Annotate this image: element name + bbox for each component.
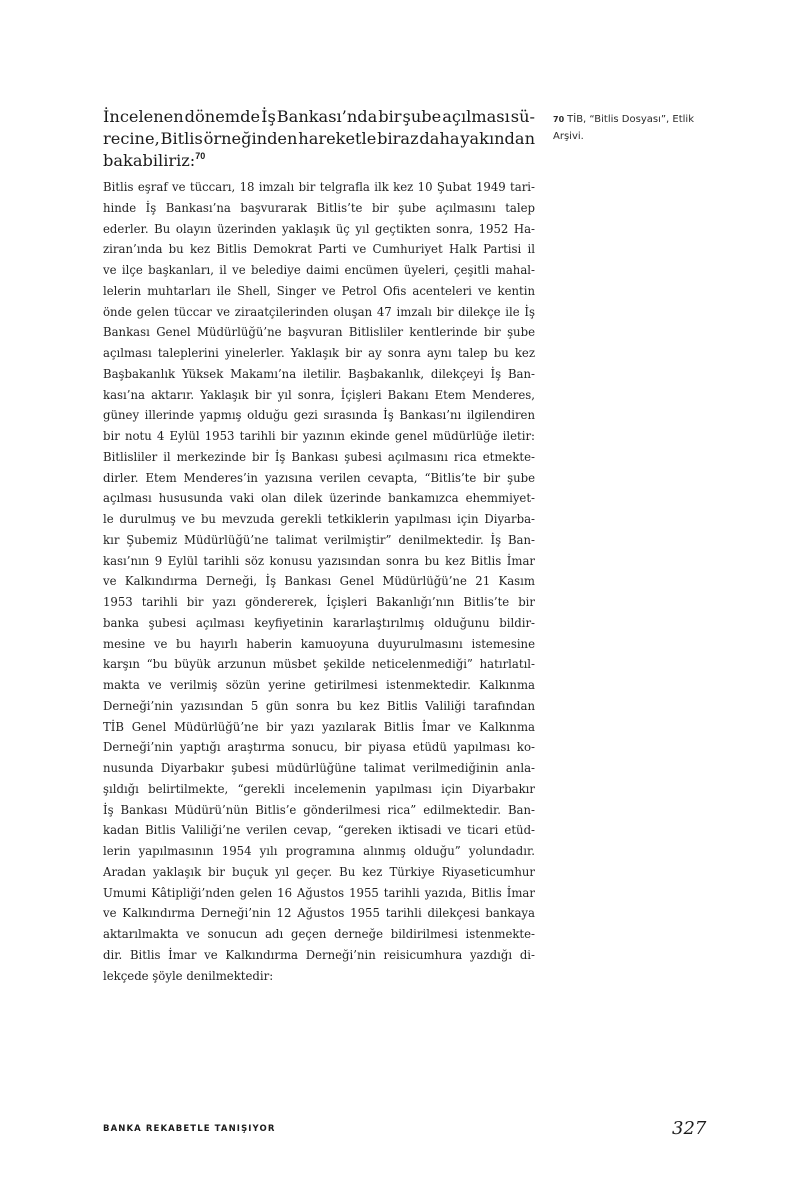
- sidenote-number: 70: [553, 115, 564, 124]
- body-line: ve Kalkındırma Derneği’nin 12 Ağustos 19…: [103, 903, 535, 924]
- body-line: karşın “bu büyük arzunun müsbet şekilde …: [103, 654, 535, 675]
- body-line: aktarılmakta ve sonucun adı geçen derneğ…: [103, 924, 535, 945]
- body-line: güney illerinde yapmış olduğu gezi sıras…: [103, 405, 535, 426]
- body-line: dir. Bitlis İmar ve Kalkındırma Derneği’…: [103, 945, 535, 966]
- body-line: önde gelen tüccar ve ziraatçilerinden ol…: [103, 302, 535, 323]
- body-line: hinde İş Bankası’na başvurarak Bitlis’te…: [103, 198, 535, 219]
- intro-line-text: bakabiliriz:: [103, 151, 195, 170]
- body-line: Bitlisliler il merkezinde bir İş Bankası…: [103, 447, 535, 468]
- body-line: dirler. Etem Menderes’in yazısına verile…: [103, 468, 535, 489]
- intro-line: recine, Bitlis örneğinden hareketle bira…: [103, 128, 535, 150]
- body-line: kası’nın 9 Eylül tarihli söz konusu yazı…: [103, 551, 535, 572]
- body-line: lelerin muhtarları ile Shell, Singer ve …: [103, 281, 535, 302]
- page-number: 327: [672, 1118, 706, 1139]
- body-line: Umumi Kâtipliği’nden gelen 16 Ağustos 19…: [103, 883, 535, 904]
- body-line: Bitlis eşraf ve tüccarı, 18 imzalı bir t…: [103, 177, 535, 198]
- body-line: ve ilçe başkanları, il ve belediye daimi…: [103, 260, 535, 281]
- intro-paragraph: İncelenen dönemde İş Bankası’nda bir şub…: [103, 106, 535, 172]
- body-line: şıldığı belirtilmekte, “gerekli inceleme…: [103, 779, 535, 800]
- body-line: açılması taleplerini yinelerler. Yaklaşı…: [103, 343, 535, 364]
- body-line: kır Şubemiz Müdürlüğü’ne talimat verilmi…: [103, 530, 535, 551]
- body-line: ve Kalkındırma Derneği, İş Bankası Genel…: [103, 571, 535, 592]
- body-line: lerin yapılmasının 1954 yılı programına …: [103, 841, 535, 862]
- body-line: makta ve verilmiş sözün yerine getirilme…: [103, 675, 535, 696]
- sidenote-text: TİB, “Bitlis Dosyası”, Etlik Arşivi.: [553, 114, 694, 142]
- body-line: Başbakanlık Yüksek Makamı’na iletilir. B…: [103, 364, 535, 385]
- body-line: mesine ve bu hayırlı haberin kamuoyuna d…: [103, 634, 535, 655]
- body-line: Aradan yaklaşık bir buçuk yıl geçer. Bu …: [103, 862, 535, 883]
- body-line: TİB Genel Müdürlüğü’ne bir yazı yazılara…: [103, 717, 535, 738]
- body-line: banka şubesi açılması keyfiyetinin karar…: [103, 613, 535, 634]
- body-line: 1953 tarihli bir yazı göndererek, İçişle…: [103, 592, 535, 613]
- body-line: Derneği’nin yazısından 5 gün sonra bu ke…: [103, 696, 535, 717]
- footnote-reference[interactable]: 70: [195, 151, 205, 161]
- running-title: BANKA REKABETLE TANIŞIYOR: [103, 1124, 275, 1134]
- body-line: İş Bankası Müdürü’nün Bitlis’e gönderilm…: [103, 800, 535, 821]
- body-line: ziran’ında bu kez Bitlis Demokrat Parti …: [103, 239, 535, 260]
- body-paragraph: Bitlis eşraf ve tüccarı, 18 imzalı bir t…: [103, 177, 535, 986]
- body-line: le durulmuş ve bu mevzuda gerekli tetkik…: [103, 509, 535, 530]
- body-line: Derneği’nin yaptığı araştırma sonucu, bi…: [103, 737, 535, 758]
- body-line: Bankası Genel Müdürlüğü’ne başvuran Bitl…: [103, 322, 535, 343]
- body-line: açılması hususunda vaki olan dilek üzeri…: [103, 488, 535, 509]
- intro-line-last: bakabiliriz:70: [103, 150, 535, 172]
- body-line: bir notu 4 Eylül 1953 tarihli bir yazını…: [103, 426, 535, 447]
- body-line: nusunda Diyarbakır şubesi müdürlüğüne ta…: [103, 758, 535, 779]
- sidenote: 70TİB, “Bitlis Dosyası”, Etlik Arşivi.: [553, 111, 703, 145]
- body-line: kadan Bitlis Valiliği’ne verilen cevap, …: [103, 820, 535, 841]
- body-line: kası’na aktarır. Yaklaşık bir yıl sonra,…: [103, 385, 535, 406]
- body-line: ederler. Bu olayın üzerinden yaklaşık üç…: [103, 219, 535, 240]
- intro-line: İncelenen dönemde İş Bankası’nda bir şub…: [103, 106, 535, 128]
- body-line: lekçede şöyle denilmektedir:: [103, 966, 535, 987]
